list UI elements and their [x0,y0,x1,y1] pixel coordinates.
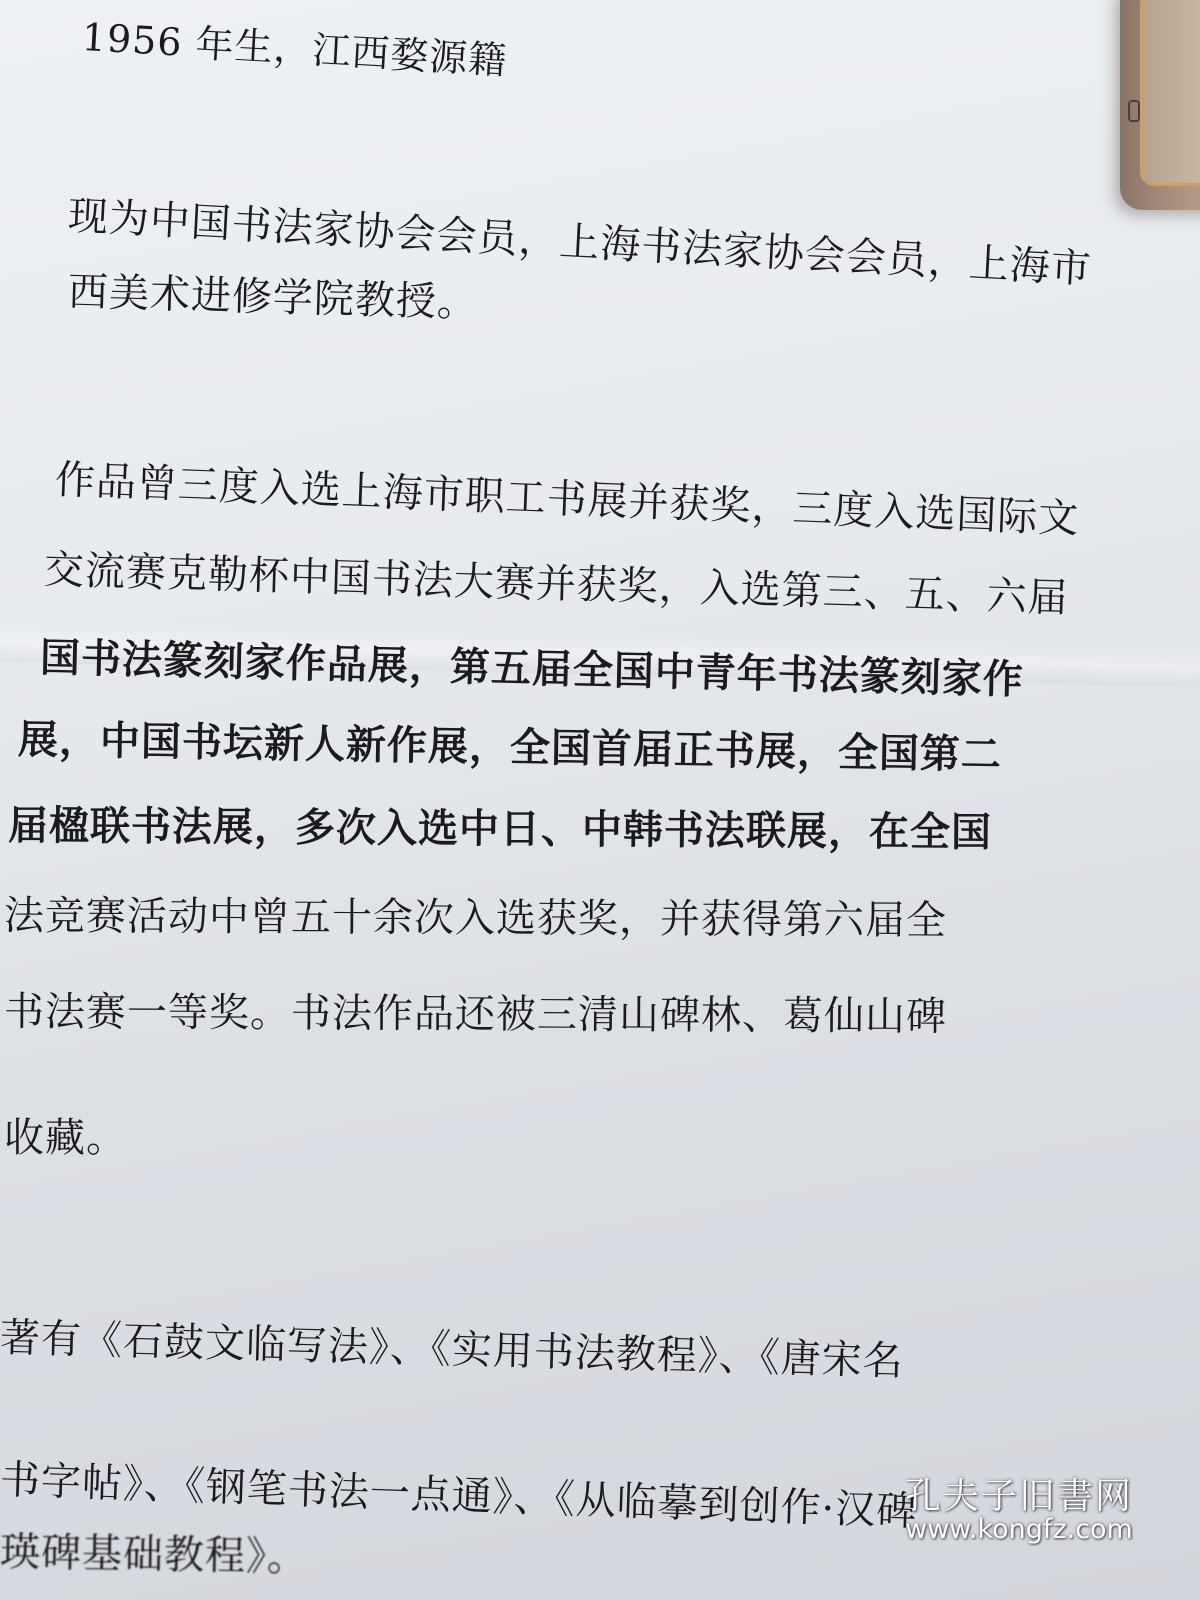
document-photo: 1956 年生，江西婺源籍 现为中国书法家协会会员，上海书法家协会会员，上海市 … [0,0,1200,1600]
watermark-url: www.kongfz.com [905,1516,1133,1544]
paragraph-line: 法竞赛活动中曾五十余次入选获奖，并获得第六届全 [4,896,947,941]
bio-heading: 1956 年生，江西婺源籍 [81,18,508,80]
paragraph-line: 届楹联书法展，多次入选中日、中韩书法联展，在全国 [8,806,992,853]
brass-object [1120,0,1200,210]
paragraph-line: 西美术进修学院教授。 [67,272,478,323]
paragraph-line: 收藏。 [4,1118,127,1158]
watermark: 孔夫子旧書网 www.kongfz.com [905,1478,1133,1544]
watermark-title: 孔夫子旧書网 [905,1478,1133,1516]
paragraph-line: 交流赛克勒杯中国书法大赛并获奖，入选第三、五、六届 [43,550,1069,619]
paragraph-line: 书字帖》、《钢笔书法一点通》、《从临摹到创作·汉碑 [0,1460,918,1532]
paragraph-line: 作品曾三度入选上海市职工书展并获奖，三度入选国际文 [54,460,1080,539]
brass-object-notch-icon [1128,100,1140,122]
brass-object-face [1140,0,1200,186]
paragraph-line: 展，中国书坛新人新作展，全国首届正书展，全国第二 [18,720,1003,775]
paragraph-line: 书法赛一等奖。书法作品还被三清山碑林、葛仙山碑 [4,992,947,1037]
paragraph-line: 著有《石鼓文临写法》、《实用书法教程》、《唐宋名 [0,1318,904,1382]
paragraph-line: 瑛碑基础教程》。 [0,1532,308,1577]
